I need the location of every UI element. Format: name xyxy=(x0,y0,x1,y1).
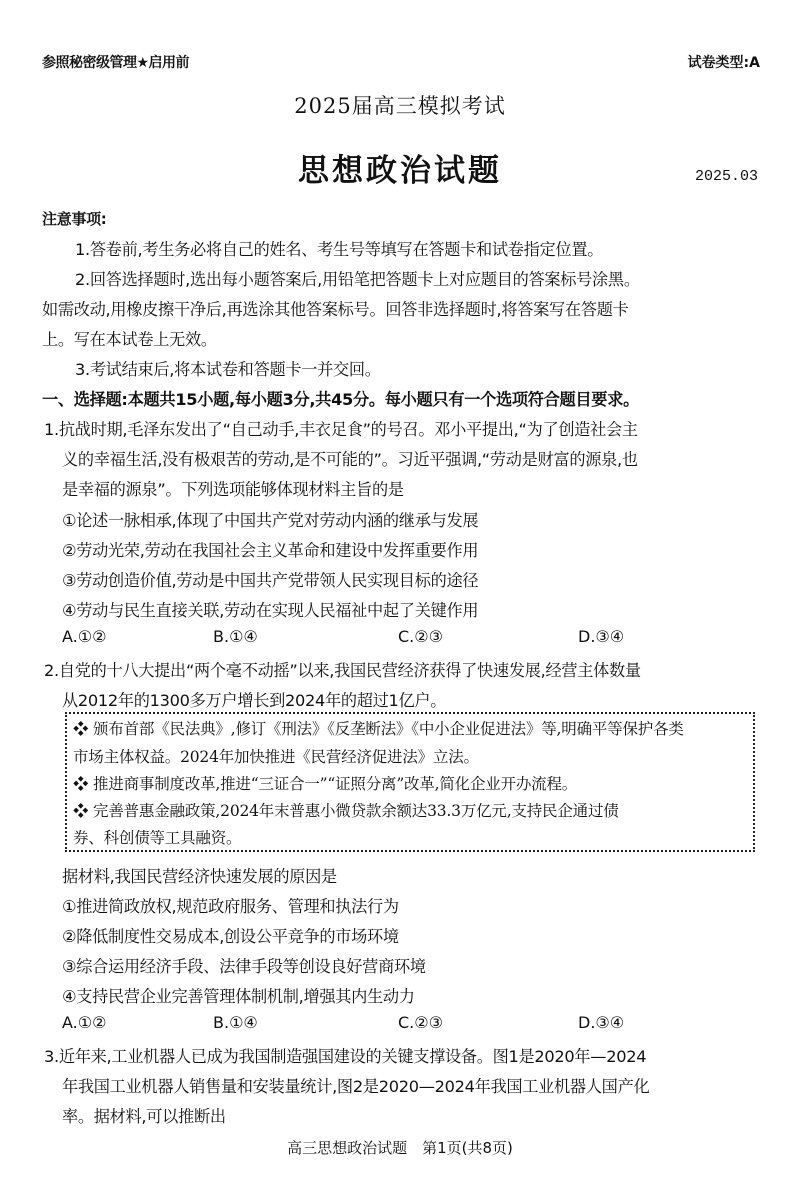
option-b[interactable]: B.①④ xyxy=(213,1013,258,1032)
option-c[interactable]: C.②③ xyxy=(398,627,443,646)
exam-title: 思想政治试题 xyxy=(0,145,800,190)
statement: ①推进简政放权,规范政府服务、管理和执法行为 xyxy=(62,893,399,917)
answer-options: A.①② B.①④ C.②③ D.③④ xyxy=(0,627,800,651)
material-line: ❖ 颁布首部《民法典》,修订《刑法》《反垄断法》《中小企业促进法》等,明确平等保… xyxy=(73,717,684,739)
question-stem: 年我国工业机器人销售量和安装量统计,图2是2020—2024年我国工业机器人国产… xyxy=(62,1073,649,1097)
statement: ①论述一脉相承,体现了中国共产党对劳动内涵的继承与发展 xyxy=(62,507,478,531)
statement: ③综合运用经济手段、法律手段等创设良好营商环境 xyxy=(62,953,426,977)
paper-type-label: 试卷类型:A xyxy=(688,52,760,72)
notice-item: 上。写在本试卷上无效。 xyxy=(42,326,217,350)
notice-item: 2.回答选择题时,选出每小题答案后,用铅笔把答题卡上对应题目的答案标号涂黑。 xyxy=(75,266,640,290)
exam-subtitle: 2025届高三模拟考试 xyxy=(0,90,800,120)
confidential-label: 参照秘密级管理★启用前 xyxy=(42,52,189,72)
statement: ②劳动光荣,劳动在我国社会主义革命和建设中发挥重要作用 xyxy=(62,537,478,561)
option-c[interactable]: C.②③ xyxy=(398,1013,443,1032)
question-stem: 3.近年来,工业机器人已成为我国制造强国建设的关键支撑设备。图1是2020年—2… xyxy=(44,1043,646,1067)
option-a[interactable]: A.①② xyxy=(62,1013,106,1032)
statement: ④劳动与民生直接关联,劳动在实现人民福祉中起了关键作用 xyxy=(62,597,478,621)
section-heading: 一、选择题:本题共15小题,每小题3分,共45分。每小题只有一个选项符合题目要求… xyxy=(42,386,639,410)
exam-date: 2025.03 xyxy=(695,168,758,185)
page-footer: 高三思想政治试题 第1页(共8页) xyxy=(0,1137,800,1158)
question-stem: 2.自党的十八大提出“两个毫不动摇”以来,我国民营经济获得了快速发展,经营主体数… xyxy=(44,657,641,681)
option-a[interactable]: A.①② xyxy=(62,627,106,646)
material-line: ❖ 推进商事制度改革,推进“三证合一”“证照分离”改革,简化企业开办流程。 xyxy=(73,772,577,794)
option-d[interactable]: D.③④ xyxy=(578,1013,624,1032)
material-box: ❖ 颁布首部《民法典》,修订《刑法》《反垄断法》《中小企业促进法》等,明确平等保… xyxy=(65,712,755,852)
notice-item: 3.考试结束后,将本试卷和答题卡一并交回。 xyxy=(75,356,381,380)
question-stem: 率。据材料,可以推断出 xyxy=(62,1103,226,1127)
question-stem: 义的幸福生活,没有极艰苦的劳动,是不可能的”。习近平强调,“劳动是财富的源泉,也 xyxy=(62,446,638,470)
statement: ④支持民营企业完善管理体制机制,增强其内生动力 xyxy=(62,983,415,1007)
answer-options: A.①② B.①④ C.②③ D.③④ xyxy=(0,1013,800,1037)
statement: ③劳动创造价值,劳动是中国共产党带领人民实现目标的途径 xyxy=(62,567,478,591)
option-d[interactable]: D.③④ xyxy=(578,627,624,646)
option-b[interactable]: B.①④ xyxy=(213,627,258,646)
question-stem: 是幸福的源泉”。下列选项能够体现材料主旨的是 xyxy=(62,476,404,500)
question-stem: 1.抗战时期,毛泽东发出了“自己动手,丰衣足食”的号召。邓小平提出,“为了创造社… xyxy=(44,416,638,440)
statement: ②降低制度性交易成本,创设公平竞争的市场环境 xyxy=(62,923,399,947)
notice-heading: 注意事项: xyxy=(42,208,107,229)
question-stem: 从2012年的1300多万户增长到2024年的超过1亿户。 xyxy=(62,687,446,711)
material-line: 券、科创债等工具融资。 xyxy=(73,826,241,848)
material-line: ❖ 完善普惠金融政策,2024年末普惠小微贷款余额达33.3万亿元,支持民企通过… xyxy=(73,799,619,821)
notice-item: 如需改动,用橡皮擦干净后,再选涂其他答案标号。回答非选择题时,将答案写在答题卡 xyxy=(42,296,628,320)
material-line: 市场主体权益。2024年加快推进《民营经济促进法》立法。 xyxy=(73,745,479,767)
question-prompt: 据材料,我国民营经济快速发展的原因是 xyxy=(62,863,337,887)
notice-item: 1.答卷前,考生务必将自己的姓名、考生号等填写在答题卡和试卷指定位置。 xyxy=(75,236,603,260)
